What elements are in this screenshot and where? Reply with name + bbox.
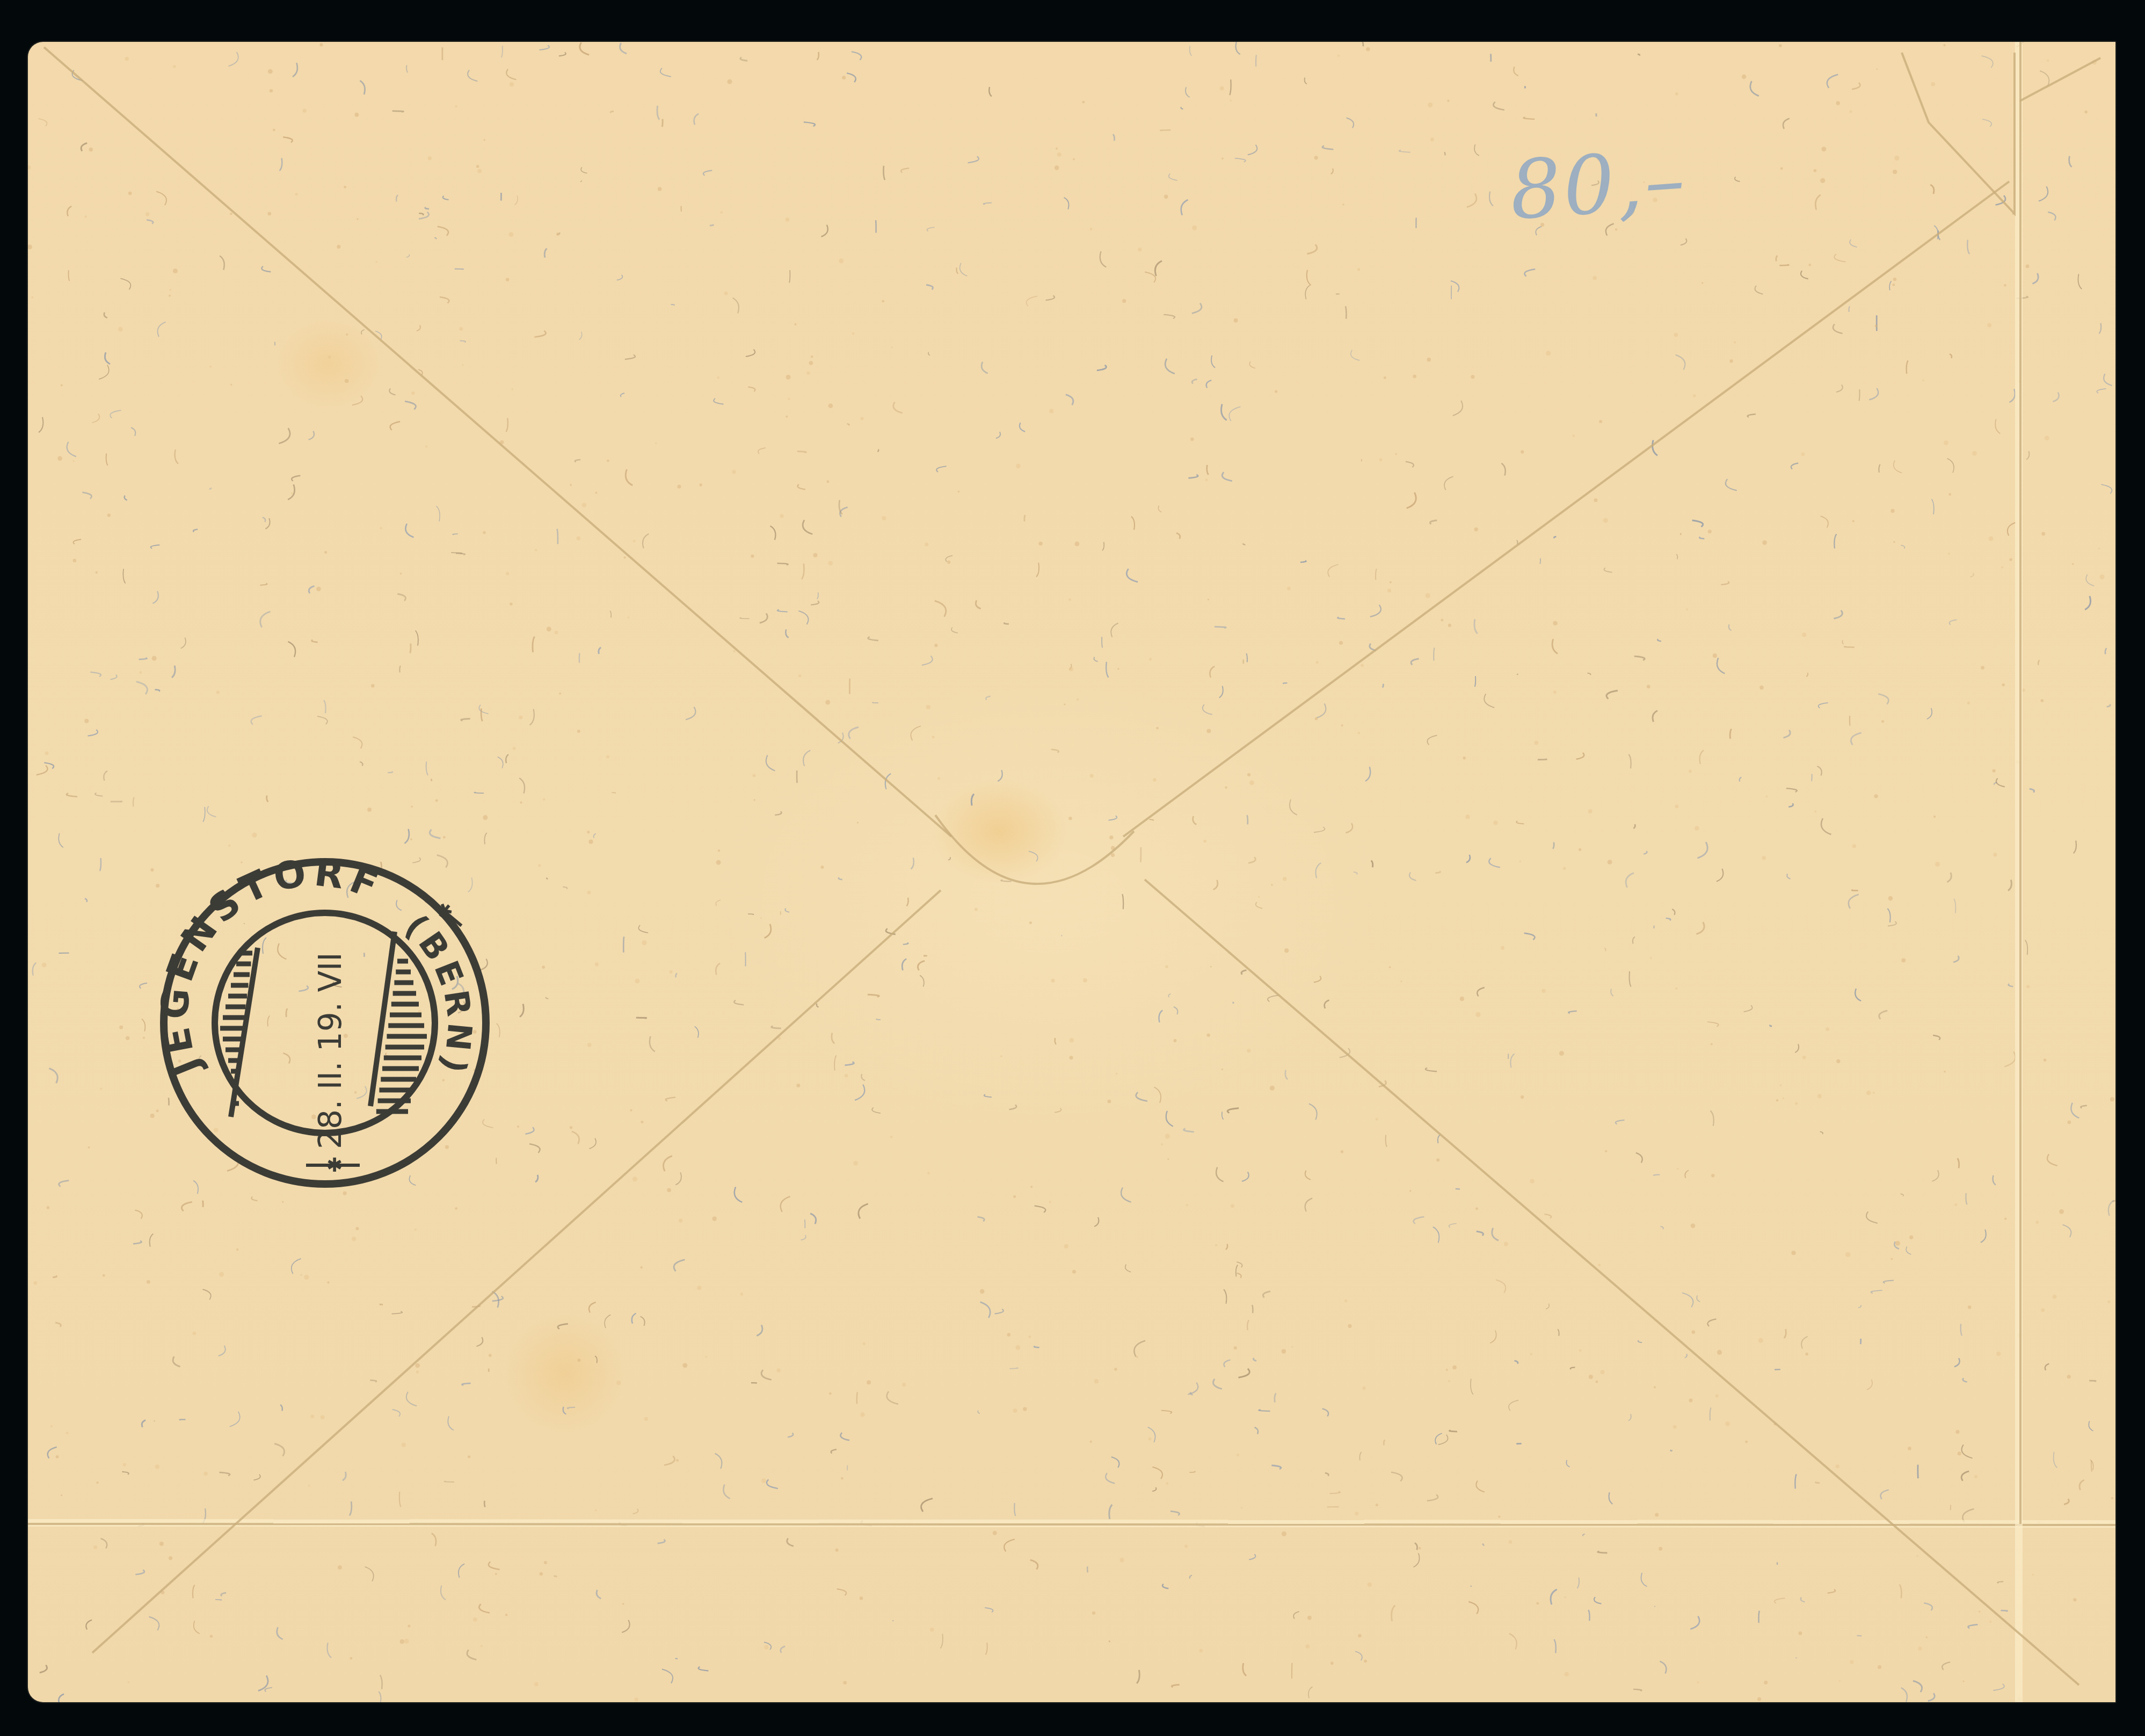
pencil-price-notation: 80,– bbox=[1507, 133, 1690, 238]
postmark-town: JEGENSTORF bbox=[152, 850, 389, 1084]
postmark-date: 28. II. 19. VII bbox=[312, 953, 348, 1149]
svg-text:✱: ✱ bbox=[326, 1154, 343, 1176]
postmark-cancel: JEGENSTORF (BERN) 28. II. 19. VII ✱ ✱ bbox=[150, 848, 499, 1197]
star-sprig-ornament-bottom: ✱ bbox=[306, 1154, 360, 1176]
